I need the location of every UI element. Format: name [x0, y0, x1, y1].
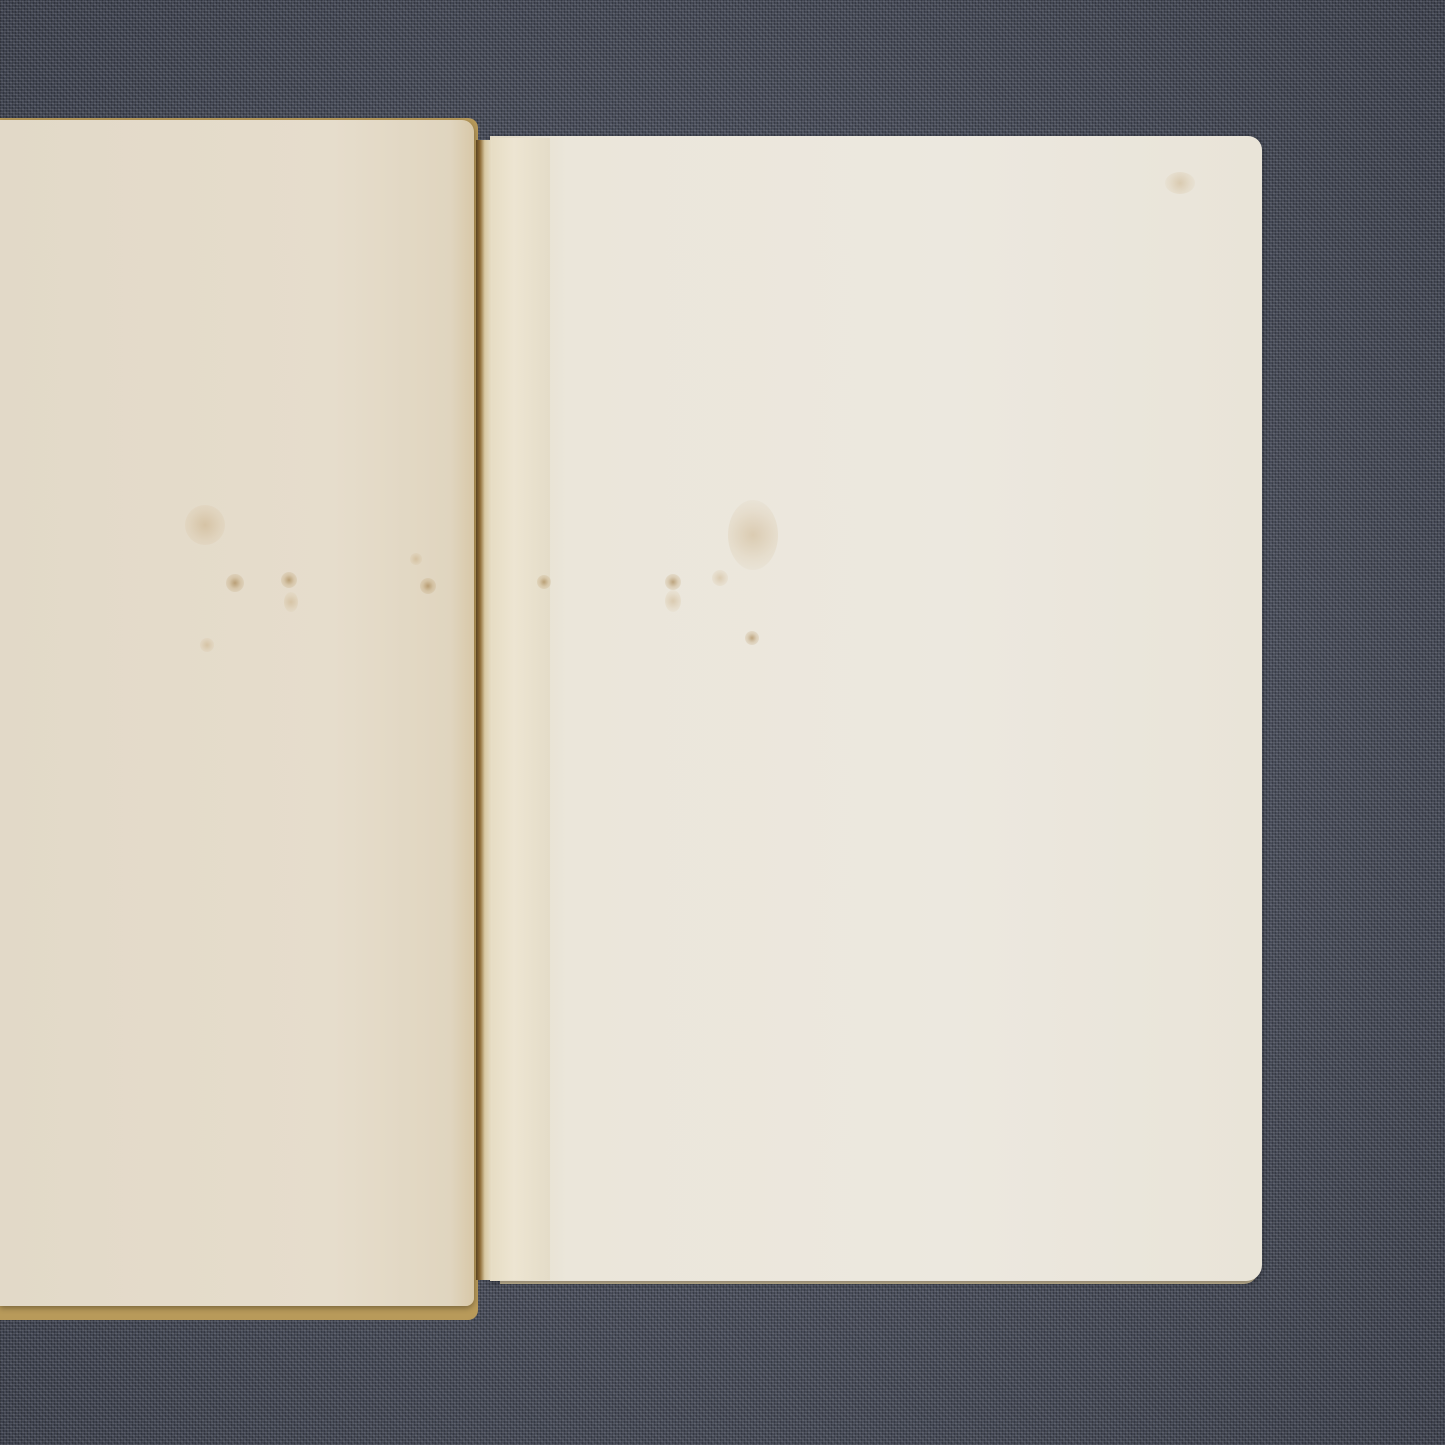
- book-hinge: [490, 138, 550, 1280]
- foxing-spot: [537, 575, 551, 589]
- foxing-spot: [728, 500, 778, 570]
- right-endpaper: [490, 136, 1262, 1281]
- foxing-spot: [284, 592, 298, 612]
- left-endpaper: [0, 120, 474, 1306]
- book-gutter: [476, 140, 492, 1280]
- foxing-spot: [665, 574, 681, 590]
- foxing-spot: [200, 638, 214, 652]
- foxing-spot: [420, 578, 436, 594]
- foxing-spot: [185, 505, 225, 545]
- foxing-spot: [281, 572, 297, 588]
- foxing-spot: [712, 570, 728, 586]
- foxing-spot: [410, 553, 422, 565]
- foxing-spot: [226, 574, 244, 592]
- foxing-spot: [745, 631, 759, 645]
- foxing-spot: [665, 590, 681, 612]
- foxing-spot: [1165, 172, 1195, 194]
